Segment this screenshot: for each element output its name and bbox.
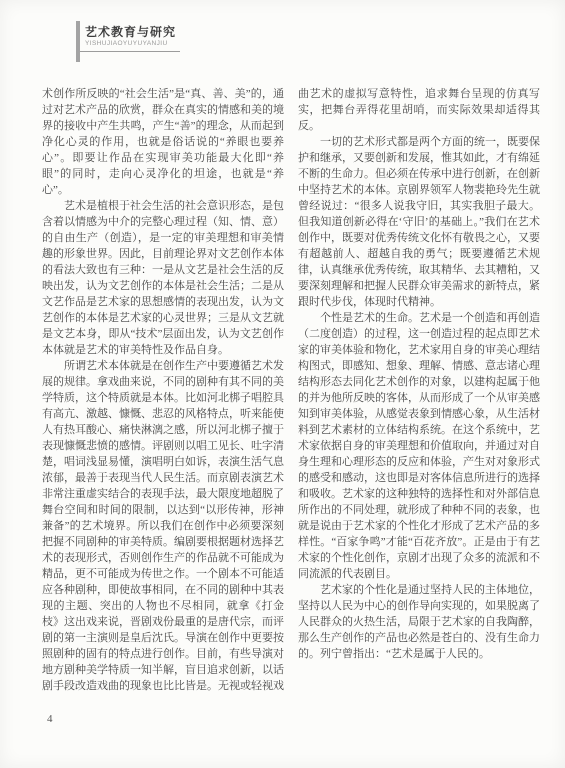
article-paragraph: 术创作所反映的“社会生活”是“真、善、美”的，通过对艺术产品的欣赏，群众在真实的… xyxy=(42,86,284,198)
journal-logo: 艺术教育与研究 YISHUJIAOYUYUYANJIU xyxy=(76,21,180,52)
article-paragraph: 艺术是植根于社会生活的社会意识形态，是包含着以情感为中介的完整心理过程（知、情、… xyxy=(42,198,284,358)
logo-vertical-bar xyxy=(76,21,80,62)
article-paragraph: 个性是艺术的生命。艺术是一个创造和再创造（二度创造）的过程，这一创造过程的起点即… xyxy=(298,310,540,582)
journal-title-pinyin: YISHUJIAOYUYUYANJIU xyxy=(85,39,176,48)
article-paragraph: 一切的艺术形式都是两个方面的统一，既要保护和继承，又要创新和发展，惟其如此，才有… xyxy=(298,134,540,310)
journal-page: 艺术教育与研究 YISHUJIAOYUYUYANJIU 术创作所反映的“社会生活… xyxy=(0,0,565,768)
journal-title: 艺术教育与研究 xyxy=(85,25,176,39)
article-body: 术创作所反映的“社会生活”是“真、善、美”的，通过对艺术产品的欣赏，群众在真实的… xyxy=(42,86,540,708)
page-number: 4 xyxy=(47,713,53,725)
article-paragraph: 艺术家的个性化是通过坚持人民的主体地位，坚持以人民为中心的创作导向实现的，如果脱… xyxy=(298,582,540,662)
